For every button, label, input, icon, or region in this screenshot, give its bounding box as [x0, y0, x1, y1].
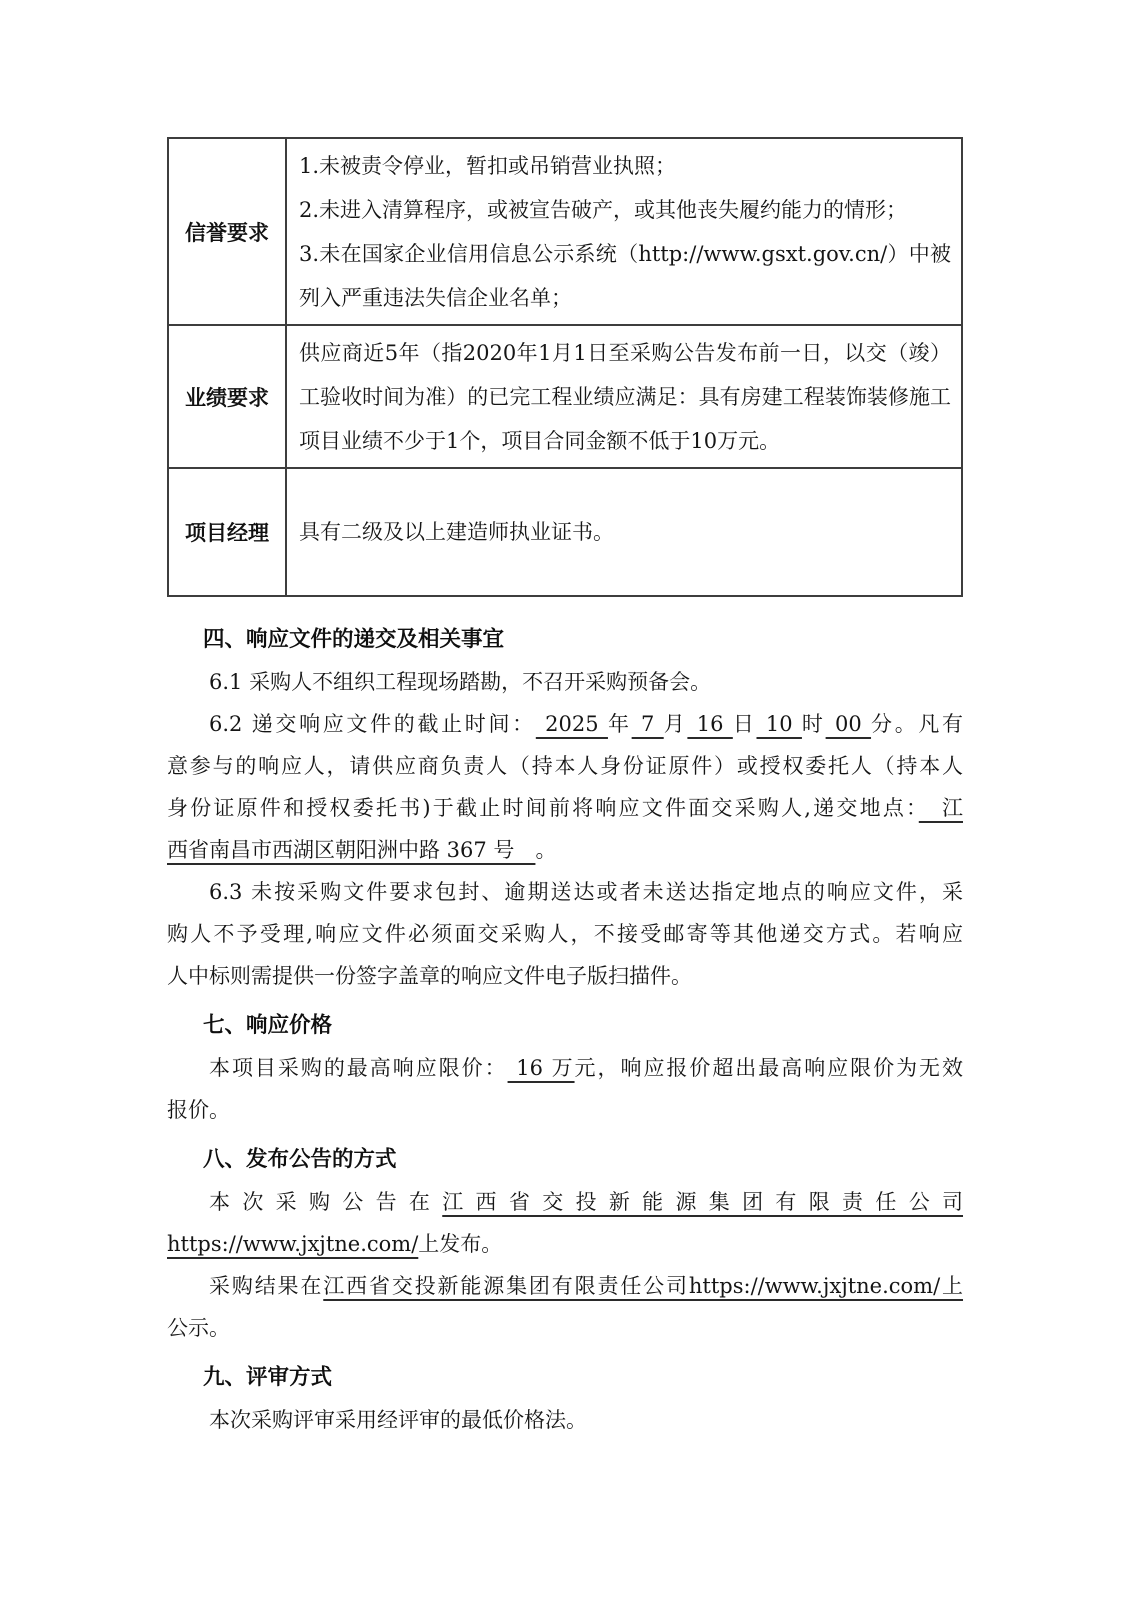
- para-8-2-line-2: 公示。: [167, 1307, 963, 1349]
- para-8-1-line-2: https://www.jxjtne.com/上发布。: [167, 1223, 963, 1265]
- row-label-credit: 信誉要求: [168, 138, 286, 325]
- para-6-3-line-1: 6.3 未按采购文件要求包封、逾期送达或者未送达指定地点的响应文件，采: [167, 871, 963, 913]
- para-6-2-line-4: 西省南昌市西湖区朝阳洲中路 367 号 。: [167, 829, 963, 871]
- underlined-text: 7: [632, 712, 664, 736]
- para-6-1: 6.1 采购人不组织工程现场踏勘，不召开采购预备会。: [167, 661, 963, 703]
- content-item: 1.未被责令停业，暂扣或吊销营业执照；: [299, 144, 951, 188]
- section-heading-8: 八、发布公告的方式: [167, 1139, 963, 1181]
- para-7-line-2: 报价。: [167, 1089, 963, 1131]
- content-item: 具有二级及以上建造师执业证书。: [299, 510, 951, 554]
- para-6-2-line-3: 身份证原件和授权委托书)于截止时间前将响应文件面交采购人,递交地点： 江: [167, 787, 963, 829]
- document-content: 信誉要求 1.未被责令停业，暂扣或吊销营业执照； 2.未进入清算程序，或被宣告破…: [167, 137, 963, 1441]
- document-page: 信誉要求 1.未被责令停业，暂扣或吊销营业执照； 2.未进入清算程序，或被宣告破…: [0, 0, 1131, 1600]
- para-8-1-line-1: 本次采购公告在江西省交投新能源集团有限责任公司: [167, 1181, 963, 1223]
- underlined-text: 江西省交投新能源集团有限责任公司: [442, 1190, 963, 1214]
- underlined-text: 16: [687, 712, 732, 736]
- para-6-2-line-2: 意参与的响应人，请供应商负责人（持本人身份证原件）或授权委托人（持本人: [167, 745, 963, 787]
- section-heading-4: 四、响应文件的递交及相关事宜: [167, 619, 963, 661]
- underlined-text: 江西省交投新能源集团有限责任公司https://www.jxjtne.com/上: [323, 1274, 963, 1298]
- underlined-text: 2025: [536, 712, 608, 736]
- underlined-text: 00: [826, 712, 871, 736]
- table-row-project-manager: 项目经理 具有二级及以上建造师执业证书。: [168, 468, 962, 596]
- plain-text: 元，响应报价超出最高响应限价为无效: [575, 1056, 963, 1080]
- content-item: 3.未在国家企业信用信息公示系统（http://www.gsxt.gov.cn/…: [299, 232, 951, 320]
- plain-text: 本项目采购的最高响应限价：: [209, 1056, 508, 1080]
- content-item: 2.未进入清算程序，或被宣告破产，或其他丧失履约能力的情形；: [299, 188, 951, 232]
- para-8-2-line-1: 采购结果在江西省交投新能源集团有限责任公司https://www.jxjtne.…: [167, 1265, 963, 1307]
- underlined-text: https://www.jxjtne.com/: [167, 1232, 418, 1256]
- document-body: 四、响应文件的递交及相关事宜 6.1 采购人不组织工程现场踏勘，不召开采购预备会…: [167, 619, 963, 1441]
- para-6-2-line-1: 6.2 递交响应文件的截止时间： 2025 年 7 月 16 日 10 时 00…: [167, 703, 963, 745]
- table-row-credit-requirements: 信誉要求 1.未被责令停业，暂扣或吊销营业执照； 2.未进入清算程序，或被宣告破…: [168, 138, 962, 325]
- content-item: 供应商近5年（指2020年1月1日至采购公告发布前一日，以交（竣）工验收时间为准…: [299, 331, 951, 463]
- row-content-project-manager: 具有二级及以上建造师执业证书。: [286, 468, 962, 596]
- row-label-project-manager: 项目经理: [168, 468, 286, 596]
- plain-text: 6.2 递交响应文件的截止时间：: [209, 712, 536, 736]
- plain-text: 分。凡有: [871, 712, 963, 736]
- section-heading-7: 七、响应价格: [167, 1005, 963, 1047]
- plain-text: 本次采购公告在: [209, 1190, 442, 1214]
- table-row-performance-requirements: 业绩要求 供应商近5年（指2020年1月1日至采购公告发布前一日，以交（竣）工验…: [168, 325, 962, 468]
- row-content-performance: 供应商近5年（指2020年1月1日至采购公告发布前一日，以交（竣）工验收时间为准…: [286, 325, 962, 468]
- underlined-text: 江: [919, 796, 963, 820]
- requirements-table: 信誉要求 1.未被责令停业，暂扣或吊销营业执照； 2.未进入清算程序，或被宣告破…: [167, 137, 963, 597]
- row-label-performance: 业绩要求: [168, 325, 286, 468]
- para-9-line-1: 本次采购评审采用经评审的最低价格法。: [167, 1399, 963, 1441]
- plain-text: 采购结果在: [209, 1274, 323, 1298]
- para-7-line-1: 本项目采购的最高响应限价： 16 万元，响应报价超出最高响应限价为无效: [167, 1047, 963, 1089]
- row-content-credit: 1.未被责令停业，暂扣或吊销营业执照； 2.未进入清算程序，或被宣告破产，或其他…: [286, 138, 962, 325]
- plain-text: 上发布。: [418, 1232, 502, 1256]
- plain-text: 身份证原件和授权委托书)于截止时间前将响应文件面交采购人,递交地点：: [167, 796, 919, 820]
- underlined-text: 10: [757, 712, 802, 736]
- para-6-3-line-3: 人中标则需提供一份签字盖章的响应文件电子版扫描件。: [167, 955, 963, 997]
- para-6-3-line-2: 购人不予受理,响应文件必须面交采购人，不接受邮寄等其他递交方式。若响应: [167, 913, 963, 955]
- underlined-text: 16 万: [508, 1056, 575, 1080]
- plain-text: 。: [535, 838, 556, 862]
- plain-text: 时: [802, 712, 826, 736]
- section-heading-9: 九、评审方式: [167, 1357, 963, 1399]
- underlined-text: 西省南昌市西湖区朝阳洲中路 367 号: [167, 838, 535, 862]
- plain-text: 月: [664, 712, 688, 736]
- plain-text: 日: [733, 712, 757, 736]
- plain-text: 年: [608, 712, 632, 736]
